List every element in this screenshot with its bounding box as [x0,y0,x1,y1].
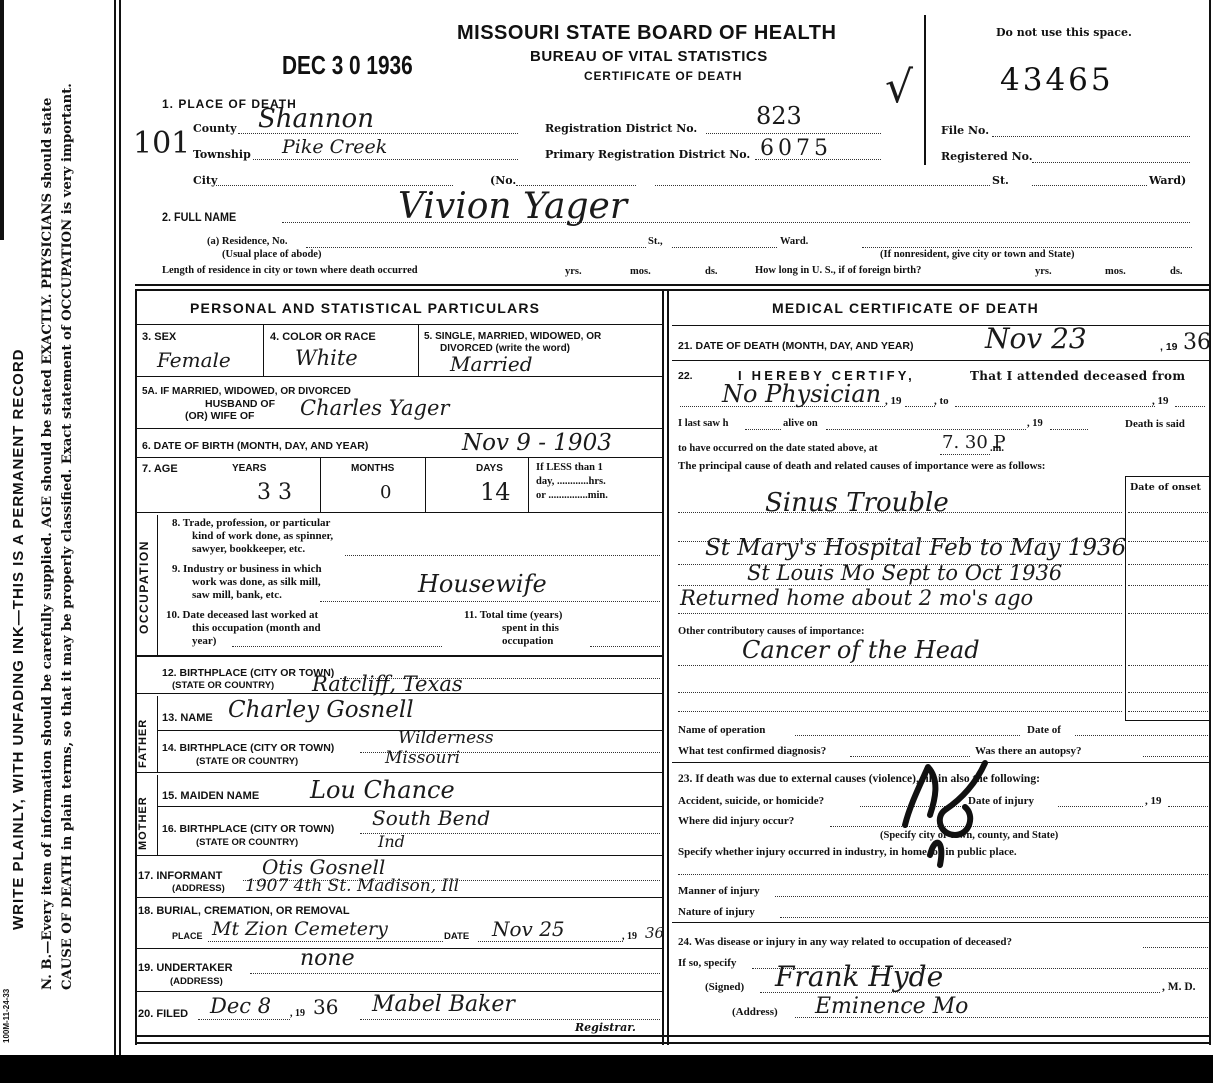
trade-label-3: sawyer, bookkeeper, etc. [192,543,305,555]
industry-label-3: saw mill, bank, etc. [192,589,282,601]
filed-date-value: Dec 8 [210,994,271,1018]
filed-date-field[interactable] [198,1019,290,1020]
race-marital-divider [418,324,419,376]
office-box-divider [924,15,926,165]
residence-label: (a) Residence, No. [207,236,287,247]
medical-rule [672,325,1210,326]
dod-value: Nov 23 [985,322,1087,355]
alive-on-label: alive on [783,418,818,429]
primary-reg-label: Primary Registration District No. [545,148,750,161]
manner-label: Manner of injury [678,885,760,897]
spouse-label-3: (OR) WIFE OF [185,410,254,422]
marital-value: Married [450,352,533,376]
center-divider-2 [667,289,669,1045]
burial-date-value: Nov 25 [492,917,565,941]
attended-from-value: No Physician [722,380,881,408]
residence-no-field[interactable] [306,247,646,248]
ward-label: Ward) [1149,174,1186,187]
other-causes-value: Cancer of the Head [742,636,980,664]
row-rule-16 [137,855,662,856]
total-time-label-1: 11. Total time (years) [464,609,562,621]
cause-4-value: St Louis Mo Sept to Oct 1936 [747,561,1062,585]
length-yrs-label: yrs. [565,266,582,277]
age-divider-3 [528,457,529,512]
marital-label-1: 5. SINGLE, MARRIED, WIDOWED, OR [424,331,601,342]
onset-line-3[interactable] [1128,564,1208,565]
occupation-side-rule [157,515,158,655]
header-subtitle: BUREAU OF VITAL STATISTICS [530,48,768,65]
last-worked-label-2: this occupation (month and [192,622,321,634]
date-onset-label: Date of onset [1130,482,1201,493]
residence-sub-label: (Usual place of abode) [222,249,321,260]
cause-line-5[interactable] [678,613,1122,614]
am-pm-label: .m. [990,443,1004,454]
total-time-label-2: spent in this [502,622,559,634]
nb-notice-line-2: CAUSE OF DEATH in plain terms, so that i… [60,83,75,990]
death-said-label: Death is said [1125,418,1185,430]
street-label: St. [992,174,1009,187]
registered-no-field[interactable] [1032,162,1190,163]
total-time-label-3: occupation [502,635,553,647]
write-plainly-notice: WRITE PLAINLY, WITH UNFADING INK—THIS IS… [10,348,27,930]
mother-bp-field[interactable] [360,833,660,834]
father-bp-state: Missouri [385,748,460,768]
filed-label: 20. FILED [138,1008,188,1020]
dob-label: 6. DATE OF BIRTH (MONTH, DAY, AND YEAR) [142,440,368,452]
full-name-label: 2. FULL NAME [162,210,236,224]
operation-date-label: Date of [1027,724,1061,736]
age-years-label: YEARS [232,463,266,474]
father-name-label: 13. NAME [162,712,213,724]
left-margin: WRITE PLAINLY, WITH UNFADING INK—THIS IS… [0,0,118,1055]
cause-5-value: Returned home about 2 mo's ago [680,586,1033,610]
burial-date-field[interactable] [478,941,623,942]
row-rule-12 [137,693,662,694]
burial-place-field[interactable] [208,941,443,942]
sex-label: 3. SEX [142,331,176,343]
bottom-rule [135,1035,1211,1037]
attended-to-year-prefix: , 19 [1152,395,1169,407]
burial-label: 18. BURIAL, CREMATION, OR REMOVAL [138,905,350,917]
street-field[interactable] [655,185,990,186]
file-no-label: File No. [941,124,989,137]
age-months-label: MONTHS [351,463,394,474]
mother-side-label: MOTHER [137,796,149,850]
registered-no-label: Registered No. [941,150,1033,163]
mother-bp-city: South Bend [372,806,490,830]
onset-line-8[interactable] [1128,711,1208,712]
ward-field[interactable] [1032,185,1147,186]
onset-column-top [1125,476,1210,477]
total-time-field[interactable] [590,646,660,647]
township-label: Township [193,148,251,161]
attended-to-field[interactable] [955,406,1155,407]
last-worked-label-1: 10. Date deceased last worked at [166,609,318,621]
outer-right-border [1209,0,1211,1045]
occupation-related-label: 24. Was disease or injury in any way rel… [678,936,1012,948]
physician-address-value: Eminence Mo [815,994,968,1019]
registrar-field[interactable] [360,1019,660,1020]
bottom-rule-2 [135,1042,1211,1044]
row-rule-6 [137,457,662,458]
injury-year-prefix: , 19 [1145,795,1162,807]
checkmark: √ [885,62,913,113]
father-name-value: Charley Gosnell [228,697,414,723]
age-years-value: 3 3 [257,480,292,505]
length-of-residence-label: Length of residence in city or town wher… [162,265,418,276]
manner-field[interactable] [775,896,1208,897]
signed-label: (Signed) [705,981,744,993]
section-rule-2 [135,289,1211,291]
onset-column-border [1125,476,1126,721]
injury-date-field[interactable] [1058,806,1143,807]
mother-bp-label-1: 16. BIRTHPLACE (CITY OR TOWN) [162,823,334,835]
operation-field[interactable] [795,735,1020,736]
informant-address-label: (ADDRESS) [172,883,225,894]
last-saw-pronoun-field[interactable] [745,429,781,430]
race-label: 4. COLOR OR RACE [270,331,376,343]
dod-year-value: 36 [1183,330,1211,355]
registrar-label: Registrar. [575,1021,636,1034]
burial-year-prefix: , 19 [622,931,637,942]
full-name-value: Vivion Yager [398,186,627,227]
reg-district-field[interactable] [706,133,881,134]
undertaker-value: none [300,946,355,971]
county-value: Shannon [258,104,374,134]
row-rule-occupation [137,655,662,657]
registrar-signature: Mabel Baker [372,992,515,1017]
test-label: What test confirmed diagnosis? [678,745,826,757]
less-than-label-3: or ...............min. [536,490,608,501]
reg-district-label: Registration District No. [545,122,697,135]
row-rule-3 [137,376,662,377]
industry-label-2: work was done, as silk mill, [192,576,321,588]
race-value: White [295,346,358,370]
occurred-label: to have occurred on the date stated abov… [678,443,878,454]
margin-edge-bar [0,0,4,240]
undertaker-field[interactable] [250,973,660,974]
filed-year-value: 36 [313,995,338,1019]
last-worked-field[interactable] [232,646,442,647]
father-bp-city: Wilderness [398,728,494,748]
section-rule [135,284,1211,286]
trade-label-2: kind of work done, as spinner, [192,530,333,542]
personal-heading: PERSONAL AND STATISTICAL PARTICULARS [190,300,540,316]
header-title: MISSOURI STATE BOARD OF HEALTH [457,22,836,45]
dob-value: Nov 9 - 1903 [462,430,612,456]
row-rule-14 [137,772,662,773]
where-injury-label: Where did injury occur? [678,815,794,827]
city-label: City [193,174,217,187]
scan-bottom-edge [0,1055,1213,1083]
informant-address: 1907 4th St. Madison, Ill [245,876,459,896]
father-side-rule [157,696,158,772]
cause-3-value: St Mary's Hospital Feb to May 1936 [705,535,1126,561]
last-saw-label: I last saw h [678,418,728,429]
reg-district-value: 823 [756,102,802,130]
side-note: 101 [133,126,190,161]
onset-line-2[interactable] [1128,541,1208,542]
mother-name-label: 15. MAIDEN NAME [162,790,259,802]
form-code: 100M-11-24-33 [2,989,11,1043]
age-label: 7. AGE [142,463,178,475]
onset-line-6[interactable] [1128,665,1208,666]
time-field[interactable] [940,454,990,455]
row-rule-23 [672,922,1210,923]
row-rule-5a [137,428,662,429]
sex-value: Female [157,348,231,372]
onset-line-1[interactable] [1128,512,1208,513]
age-days-value: 14 [480,478,511,506]
principal-cause-label: The principal cause of death and related… [678,460,1045,472]
filed-year-prefix: , 19 [290,1008,305,1019]
residence-ward-field[interactable] [672,247,777,248]
foreign-mos-label: mos. [1105,266,1126,277]
last-worked-label-3: year) [192,635,216,647]
burial-place-value: Mt Zion Cemetery [212,918,388,940]
nb-notice-line-1: N. B.—Every item of information should b… [40,98,55,990]
undertaker-label: 19. UNDERTAKER [138,962,233,974]
attended-to-label: , to [934,395,949,407]
undertaker-address-label: (ADDRESS) [170,976,223,987]
nonresident-field[interactable] [862,247,1192,248]
burial-place-label: PLACE [172,931,203,941]
father-bp-label-2: (STATE OR COUNTRY) [196,756,298,767]
spouse-value: Charles Yager [300,396,449,420]
file-no-field[interactable] [992,136,1190,137]
onset-line-5[interactable] [1128,613,1208,614]
foreign-birth-label: How long in U. S., if of foreign birth? [755,265,921,276]
primary-reg-value: 6075 [760,136,832,161]
nature-label: Nature of injury [678,906,755,918]
onset-line-4[interactable] [1128,585,1208,586]
less-than-label-2: day, ............hrs. [536,476,606,487]
if-so-label: If so, specify [678,957,736,969]
birthplace-label-2: (STATE OR COUNTRY) [172,680,274,691]
md-label: , M. D. [1162,981,1196,993]
age-days-label: DAYS [476,463,503,474]
burial-date-label: DATE [444,931,469,942]
margin-divider-2 [119,0,121,1055]
header-doc-type: CERTIFICATE OF DEATH [584,69,742,83]
autopsy-field[interactable] [1143,756,1208,757]
attended-to-year-field[interactable] [1175,406,1205,407]
age-divider-2 [425,457,426,512]
less-than-label-1: If LESS than 1 [536,462,603,473]
mother-bp-label-2: (STATE OR COUNTRY) [196,837,298,848]
row-rule-7 [137,512,662,513]
mother-name-value: Lou Chance [310,776,455,804]
dod-label: 21. DATE OF DEATH (MONTH, DAY, AND YEAR) [678,340,914,352]
trade-label-1: 8. Trade, profession, or particular [172,517,330,529]
received-stamp: DEC 3 0 1936 [282,50,413,81]
occupation-related-field[interactable] [1143,947,1208,948]
foreign-ds-label: ds. [1170,266,1183,277]
dod-year-prefix: , 19 [1160,341,1178,353]
last-saw-year-prefix: , 19 [1027,418,1043,429]
other-cause-line-2[interactable] [678,692,1122,693]
informant-label: 17. INFORMANT [138,870,222,882]
operation-label: Name of operation [678,724,765,736]
trade-field[interactable] [345,555,660,556]
certify-text: That I attended deceased from [970,369,1185,383]
father-bp-label-1: 14. BIRTHPLACE (CITY OR TOWN) [162,742,334,754]
residence-st-label: St., [648,236,663,247]
row-rule-17 [137,897,662,898]
physician-address-label: (Address) [732,1006,778,1018]
ink-blot-mark [880,755,1010,875]
accident-label: Accident, suicide, or homicide? [678,795,824,807]
last-saw-year-field[interactable] [1050,429,1088,430]
sex-race-divider [263,324,264,376]
other-cause-line-1[interactable] [678,665,1122,666]
age-months-value: 0 [380,482,391,503]
burial-year-value: 36 [645,924,664,942]
certificate-number: 43465 [1000,62,1114,98]
industry-label-1: 9. Industry or business in which [172,563,322,575]
length-ds-label: ds. [705,266,718,277]
row-rule-21 [672,360,1210,361]
left-section-border [135,289,137,1045]
margin-divider [114,0,116,1055]
medical-heading: MEDICAL CERTIFICATE OF DEATH [772,300,1039,316]
industry-field[interactable] [320,601,660,602]
cause-1-value: Sinus Trouble [765,488,949,518]
injury-year-field[interactable] [1168,806,1208,807]
father-side-label: FATHER [137,719,149,768]
row-rule-18 [137,948,662,949]
office-notice: Do not use this space. [996,26,1132,39]
mother-bp-state: Ind [378,832,405,851]
birthplace-label-1: 12. BIRTHPLACE (CITY OR TOWN) [162,667,334,679]
township-value: Pike Creek [282,136,387,158]
operation-date-field[interactable] [1075,735,1208,736]
county-label: County [193,122,237,135]
township-field[interactable] [253,159,518,160]
attended-from-year-prefix: , 19 [885,395,902,407]
personal-rule [137,324,662,325]
other-cause-line-3[interactable] [678,711,1122,712]
last-saw-date-field[interactable] [826,429,1026,430]
onset-column-bottom [1125,720,1210,721]
physician-signature: Frank Hyde [775,960,943,993]
nature-field[interactable] [780,917,1208,918]
foreign-yrs-label: yrs. [1035,266,1052,277]
age-divider-1 [320,457,321,512]
length-mos-label: mos. [630,266,651,277]
mother-side-rule [157,775,158,855]
residence-ward-label: Ward. [780,236,808,247]
onset-line-7[interactable] [1128,692,1208,693]
certify-num: 22. [678,370,693,382]
industry-value: Housewife [418,570,547,598]
nonresident-note: (If nonresident, give city or town and S… [880,249,1074,260]
occupation-side-label: OCCUPATION [137,540,151,634]
spouse-label-2: HUSBAND OF [205,398,275,410]
attended-from-year-field[interactable] [905,406,935,407]
